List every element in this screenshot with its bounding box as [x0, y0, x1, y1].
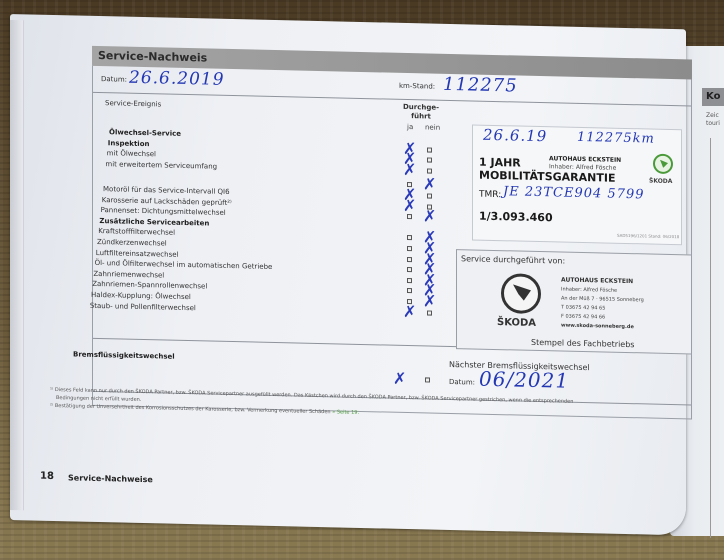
mobility-guarantee-sticker: 26.6.19 112275km 1 JAHR MOBILITÄTSGARANT… — [472, 124, 682, 245]
brake-fluid-yes-mark[interactable]: ✗ — [393, 371, 406, 387]
page-number: 18 — [40, 471, 54, 482]
sticker-brand: ŠKODA — [649, 178, 672, 186]
service-item-label: Karosserie auf Lackschäden geprüft²⁾ — [102, 196, 232, 207]
service-item-ja-mark[interactable]: ✗ — [403, 162, 416, 178]
sticker-tmr-label: TMR: — [479, 190, 501, 201]
stamp-label: Service durchgeführt von: — [461, 254, 565, 265]
next-page-subtitle: Zeic touri — [706, 112, 720, 128]
stamp-dealer-name: AUTOHAUS ECKSTEIN — [561, 277, 633, 286]
page-reference-link[interactable]: » Seite 19. — [332, 409, 359, 416]
service-item-label: mit erweitertem Serviceumfang — [105, 160, 217, 171]
service-item-nein-mark[interactable]: ✗ — [423, 209, 436, 225]
date-label: Datum: — [101, 75, 127, 84]
footnote-mark: ¹⁾ — [50, 387, 53, 393]
service-item-ja-mark[interactable]: ✗ — [403, 198, 416, 214]
service-record-page: Service-Nachweis Datum: 26.6.2019 km-Sta… — [10, 14, 686, 535]
service-item-label: Inspektion — [108, 139, 150, 148]
sticker-line1: 1 JAHR — [479, 156, 521, 170]
service-item-label: Zündkerzenwechsel — [97, 238, 167, 248]
stamp-phone: T 03675 42 94 65 — [561, 305, 605, 312]
stamp-brand: ŠKODA — [497, 317, 536, 329]
brake-fluid-no-checkbox[interactable] — [425, 377, 430, 382]
divider — [93, 92, 691, 107]
service-item-ja-checkbox[interactable] — [407, 267, 412, 272]
service-item-label: Luftfiltereinsatzwechsel — [96, 249, 179, 259]
next-brake-fluid-date-value[interactable]: 06/2021 — [479, 367, 569, 393]
footnote-mark: ²⁾ — [50, 403, 53, 409]
skoda-stamp-logo-icon — [501, 273, 541, 314]
page-section-title: Service-Nachweise — [68, 473, 153, 484]
date-value[interactable]: 26.6.2019 — [129, 68, 225, 90]
stamp-caption: Stempel des Fachbetriebs — [531, 338, 634, 349]
stamp-fax: F 03675 42 94 66 — [561, 314, 605, 321]
sticker-tmr-value: JE 23TCE904 5799 — [503, 184, 645, 202]
km-label: km-Stand: — [399, 82, 435, 91]
service-item-nein-mark[interactable]: ✗ — [423, 293, 436, 309]
service-item-label: Zahnriemenwechsel — [93, 270, 164, 280]
stamp-address: An der Müß 7 · 96515 Sonneberg — [561, 296, 644, 304]
service-item-ja-checkbox[interactable] — [407, 288, 412, 293]
sticker-dealer-owner: Inhaber: Alfred Fösche — [549, 163, 616, 172]
service-item-nein-mark[interactable]: ✗ — [423, 177, 436, 193]
service-item-ja-checkbox[interactable] — [407, 235, 412, 240]
skoda-logo-icon — [653, 154, 673, 174]
service-item-label: Motoröl für das Service-Intervall QI6 — [103, 185, 230, 196]
service-item-nein-checkbox[interactable] — [427, 193, 432, 198]
next-page-line — [710, 138, 711, 538]
event-column-header: Service-Ereignis — [105, 99, 161, 108]
service-item-label: Zahnriemen-Spannrollenwechsel — [92, 280, 207, 291]
next-brake-fluid-date-label: Datum: — [449, 378, 475, 387]
service-item-label: Zusätzliche Servicearbeiten — [99, 217, 209, 227]
yes-column-header: ja — [407, 123, 413, 131]
stamp-website[interactable]: www.skoda-sonneberg.de — [561, 323, 634, 331]
next-page-header: Ko — [702, 88, 724, 106]
service-item-label: Kraftstofffilterwechsel — [98, 227, 175, 237]
service-item-label: mit Ölwechsel — [107, 149, 156, 158]
service-item-label: Staub- und Pollenfilterwechsel — [90, 301, 196, 311]
page-edge — [10, 20, 24, 510]
brake-fluid-label: Bremsflüssigkeitswechsel — [73, 350, 175, 360]
service-item-nein-checkbox[interactable] — [427, 310, 432, 315]
done-column-header: Durchge- führt — [401, 103, 441, 122]
service-item-ja-checkbox[interactable] — [407, 246, 412, 251]
no-column-header: nein — [425, 123, 440, 131]
footnote-1-cont: Bedingungen nicht erfüllt wurden. — [56, 395, 141, 403]
service-item-ja-checkbox[interactable] — [407, 257, 412, 262]
sticker-fine-print: SAD5196/1201 Stand: 06/2018 — [617, 233, 679, 239]
stamp-owner: Inhaber: Alfred Fösche — [561, 287, 617, 294]
footnote-text: Bedingungen nicht erfüllt wurden. — [56, 395, 141, 403]
sticker-handwritten-km: 112275km — [577, 130, 655, 147]
dealer-stamp-box: Service durchgeführt von: ŠKODA AUTOHAUS… — [456, 249, 692, 354]
service-item-ja-mark[interactable]: ✗ — [403, 304, 416, 320]
service-item-nein-checkbox[interactable] — [427, 168, 432, 173]
sticker-number: 1/3.093.460 — [479, 210, 553, 225]
service-item-label: Pannenset: Dichtungsmittelwechsel — [101, 206, 226, 217]
service-item-label: Haldex-Kupplung: Ölwechsel — [91, 291, 191, 301]
service-item-nein-checkbox[interactable] — [427, 158, 432, 163]
sticker-handwritten-date: 26.6.19 — [483, 126, 547, 145]
service-item-nein-checkbox[interactable] — [427, 147, 432, 152]
service-item-label: Ölwechsel-Service — [109, 128, 181, 138]
km-value[interactable]: 112275 — [443, 74, 518, 97]
service-item-ja-checkbox[interactable] — [407, 278, 412, 283]
service-item-ja-checkbox[interactable] — [407, 214, 412, 219]
